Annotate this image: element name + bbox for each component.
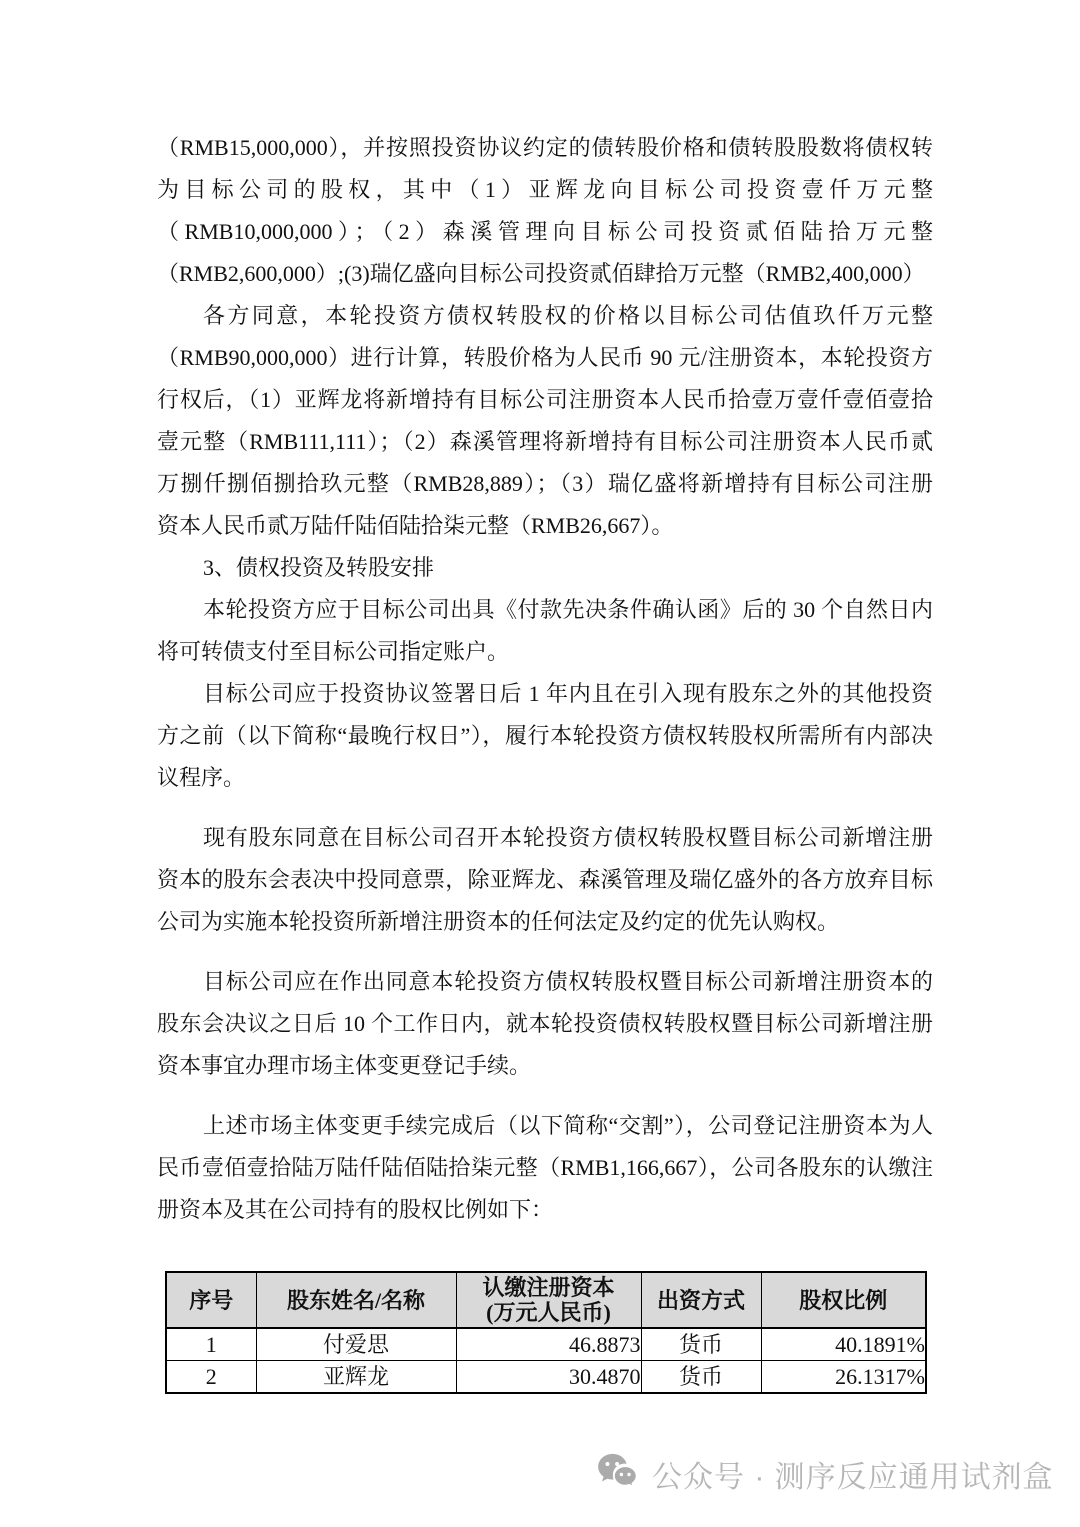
text-line: （RMB10,000,000）；（2）森溪管理向目标公司投资贰佰陆拾万元整 [157, 211, 933, 253]
text-line: 将可转债支付至目标公司指定账户。 [157, 631, 933, 673]
wechat-icon [596, 1452, 642, 1496]
text-line: （RMB90,000,000）进行计算，转股价格为人民币 90 元/注册资本，本… [157, 337, 933, 379]
table-header: 序号股东姓名/名称认缴注册资本 (万元人民币)出资方式股权比例 [166, 1272, 926, 1328]
text-line: 现有股东同意在目标公司召开本轮投资方债权转股权暨目标公司新增注册 [157, 817, 933, 859]
table-cell: 1 [166, 1328, 256, 1361]
text-line: 壹元整（RMB111,111）；（2）森溪管理将新增持有目标公司注册资本人民币贰 [157, 421, 933, 463]
table-cell: 26.1317% [761, 1361, 926, 1394]
text-line: 资本人民币贰万陆仟陆佰陆拾柒元整（RMB26,667）。 [157, 505, 933, 547]
text-line: 资本事宜办理市场主体变更登记手续。 [157, 1045, 933, 1087]
text-line: 各方同意，本轮投资方债权转股权的价格以目标公司估值玖仟万元整 [157, 295, 933, 337]
table-row: 2亚辉龙30.4870货币26.1317% [166, 1361, 926, 1394]
text-line: 行权后，（1）亚辉龙将新增持有目标公司注册资本人民币拾壹万壹仟壹佰壹拾 [157, 379, 933, 421]
table-cell: 40.1891% [761, 1328, 926, 1361]
table-cell: 亚辉龙 [256, 1361, 456, 1394]
text-line: 万捌仟捌佰捌拾玖元整（RMB28,889）；（3）瑞亿盛将新增持有目标公司注册 [157, 463, 933, 505]
text-line: 资本的股东会表决中投同意票，除亚辉龙、森溪管理及瑞亿盛外的各方放弃目标 [157, 859, 933, 901]
text-line: 公司为实施本轮投资所新增注册资本的任何法定及约定的优先认购权。 [157, 901, 933, 943]
table-cell: 46.8873 [456, 1328, 641, 1361]
table-header-cell: 股东姓名/名称 [256, 1272, 456, 1328]
text-line: （RMB2,600,000）;(3)瑞亿盛向目标公司投资贰佰肆拾万元整（RMB2… [157, 253, 933, 295]
paragraph-lines: （RMB15,000,000），并按照投资协议约定的债转股价格和债转股股数将债权… [157, 127, 933, 1231]
table-body: 1付爱思46.8873货币40.1891%2亚辉龙30.4870货币26.131… [166, 1328, 926, 1393]
text-line: 民币壹佰壹拾陆万陆仟陆佰陆拾柒元整（RMB1,166,667），公司各股东的认缴… [157, 1147, 933, 1189]
document-body: （RMB15,000,000），并按照投资协议约定的债转股价格和债转股股数将债权… [157, 127, 933, 1394]
table-cell: 2 [166, 1361, 256, 1394]
table-header-cell: 序号 [166, 1272, 256, 1328]
text-line: 目标公司应在作出同意本轮投资方债权转股权暨目标公司新增注册资本的 [157, 961, 933, 1003]
text-line: 议程序。 [157, 757, 933, 799]
table-cell: 货币 [641, 1361, 761, 1394]
text-line: 为目标公司的股权，其中（1）亚辉龙向目标公司投资壹仟万元整 [157, 169, 933, 211]
wechat-footer: 公众号 · 测序反应通用试剂盒 [596, 1452, 1054, 1496]
text-line: 股东会决议之日后 10 个工作日内，就本轮投资债权转股权暨目标公司新增注册 [157, 1003, 933, 1045]
text-line: 本轮投资方应于目标公司出具《付款先决条件确认函》后的 30 个自然日内 [157, 589, 933, 631]
section-heading: 3、债权投资及转股安排 [157, 547, 933, 589]
text-line: 方之前（以下简称“最晚行权日”），履行本轮投资方债权转股权所需所有内部决 [157, 715, 933, 757]
table-cell: 货币 [641, 1328, 761, 1361]
table-header-row: 序号股东姓名/名称认缴注册资本 (万元人民币)出资方式股权比例 [166, 1272, 926, 1328]
wechat-account-label: 公众号 · 测序反应通用试剂盒 [652, 1452, 1054, 1496]
text-line: 上述市场主体变更手续完成后（以下简称“交割”），公司登记注册资本为人 [157, 1105, 933, 1147]
table-header-cell: 出资方式 [641, 1272, 761, 1328]
table-cell: 付爱思 [256, 1328, 456, 1361]
shareholder-table: 序号股东姓名/名称认缴注册资本 (万元人民币)出资方式股权比例 1付爱思46.8… [165, 1271, 927, 1394]
table-header-cell: 股权比例 [761, 1272, 926, 1328]
table-cell: 30.4870 [456, 1361, 641, 1394]
document-page: （RMB15,000,000），并按照投资协议约定的债转股价格和债转股股数将债权… [0, 0, 1080, 1527]
text-line: 册资本及其在公司持有的股权比例如下： [157, 1189, 933, 1231]
text-line: 目标公司应于投资协议签署日后 1 年内且在引入现有股东之外的其他投资 [157, 673, 933, 715]
text-line: （RMB15,000,000），并按照投资协议约定的债转股价格和债转股股数将债权… [157, 127, 933, 169]
table-header-cell: 认缴注册资本 (万元人民币) [456, 1272, 641, 1328]
table-row: 1付爱思46.8873货币40.1891% [166, 1328, 926, 1361]
